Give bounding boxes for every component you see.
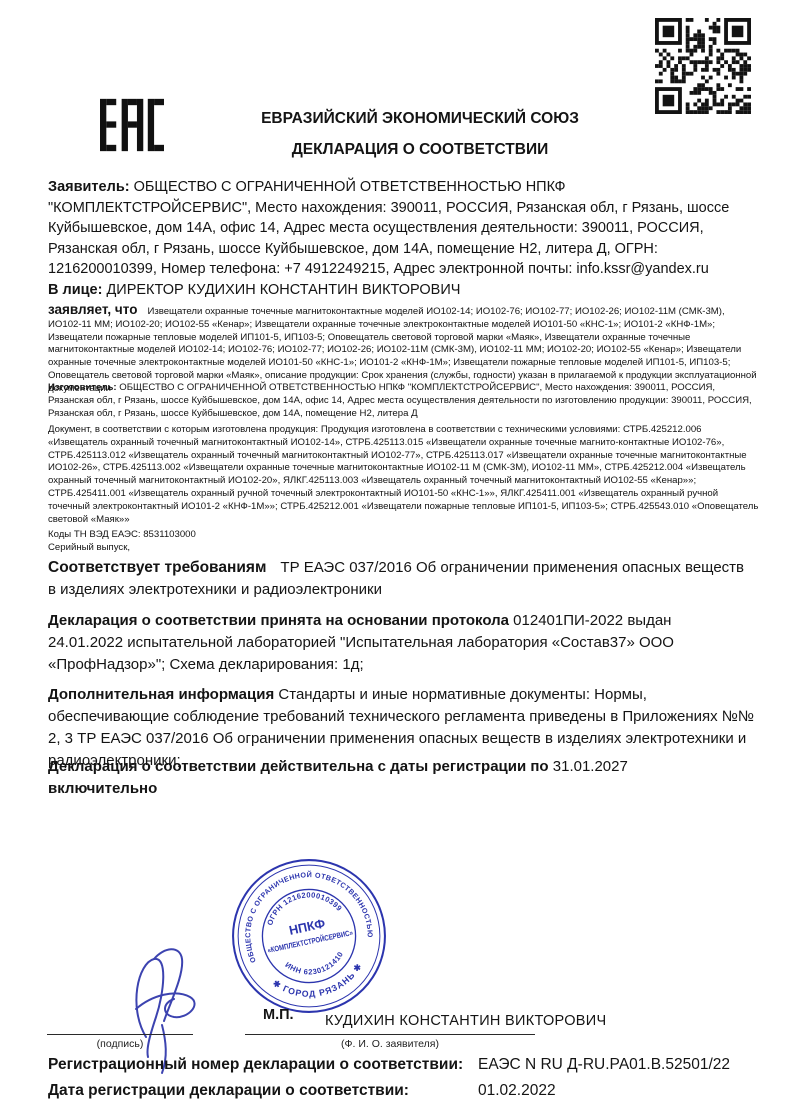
validity-date: 31.01.2027 [553, 758, 628, 775]
union-title: ЕВРАЗИЙСКИЙ ЭКОНОМИЧЕСКИЙ СОЮЗ [130, 110, 710, 128]
signer-name: КУДИХИН КОНСТАНТИН ВИКТОРОВИЧ [325, 1013, 606, 1029]
name-line [245, 1034, 535, 1035]
signature-line [47, 1034, 193, 1035]
validity-paragraph: Декларация о соответствии действительна … [48, 756, 754, 800]
tnved-codes: Коды ТН ВЭД ЕАЭС: 8531103000 [48, 529, 196, 542]
page-title: ДЕКЛАРАЦИЯ О СООТВЕТСТВИИ [130, 141, 710, 159]
applicant-paragraph: Заявитель: ОБЩЕСТВО С ОГРАНИЧЕННОЙ ОТВЕТ… [48, 177, 756, 280]
qr-code [655, 18, 751, 114]
declares-text: Извещатели охранные точечные магнитоконт… [48, 306, 757, 394]
basis-label: Декларация о соответствии принята на осн… [48, 612, 509, 629]
declaration-document: ЕВРАЗИЙСКИЙ ЭКОНОМИЧЕСКИЙ СОЮЗ ДЕКЛАРАЦИ… [0, 0, 792, 1119]
qr-code-image [655, 18, 751, 114]
validity-label: Декларация о соответствии действительна … [48, 758, 549, 775]
person-text: ДИРЕКТОР КУДИХИН КОНСТАНТИН ВИКТОРОВИЧ [106, 282, 460, 298]
company-stamp: ОБЩЕСТВО С ОГРАНИЧЕННОЙ ОТВЕТСТВЕННОСТЬЮ… [228, 855, 390, 1017]
person-label: В лице: [48, 282, 102, 298]
registration-number-value: ЕАЭС N RU Д-RU.РА01.В.52501/22 [478, 1056, 730, 1074]
applicant-text: ОБЩЕСТВО С ОГРАНИЧЕННОЙ ОТВЕТСТВЕННОСТЬЮ… [48, 179, 729, 277]
name-caption: (Ф. И. О. заявителя) [245, 1038, 535, 1050]
registration-number-label: Регистрационный номер декларации о соотв… [48, 1056, 463, 1074]
conforms-label: Соответствует требованиям [48, 559, 266, 576]
applicant-label: Заявитель: [48, 179, 130, 195]
person-paragraph: В лице: ДИРЕКТОР КУДИХИН КОНСТАНТИН ВИКТ… [48, 280, 756, 301]
manufacturer-paragraph: Изготовитель: ОБЩЕСТВО С ОГРАНИЧЕННОЙ ОТ… [48, 382, 758, 420]
declares-label: заявляет, что [48, 302, 137, 317]
mp-label: М.П. [263, 1007, 294, 1023]
manufacturer-text: ОБЩЕСТВО С ОГРАНИЧЕННОЙ ОТВЕТСТВЕННОСТЬЮ… [48, 382, 752, 419]
additional-info-label: Дополнительная информация [48, 686, 274, 703]
conforms-paragraph: Соответствует требованиямТР ЕАЭС 037/201… [48, 557, 754, 601]
manufacturer-label: Изготовитель: [48, 382, 117, 393]
registration-date-label: Дата регистрации декларации о соответств… [48, 1082, 409, 1100]
stamp-inn-text: ИНН 6230121410 [282, 948, 348, 982]
registration-date-value: 01.02.2022 [478, 1082, 556, 1100]
serial-release: Серийный выпуск, [48, 542, 130, 555]
product-document-paragraph: Документ, в соответствии с которым изгот… [48, 424, 760, 526]
signature-caption: (подпись) [47, 1038, 193, 1050]
validity-suffix: включительно [48, 778, 754, 800]
basis-paragraph: Декларация о соответствии принята на осн… [48, 610, 748, 676]
